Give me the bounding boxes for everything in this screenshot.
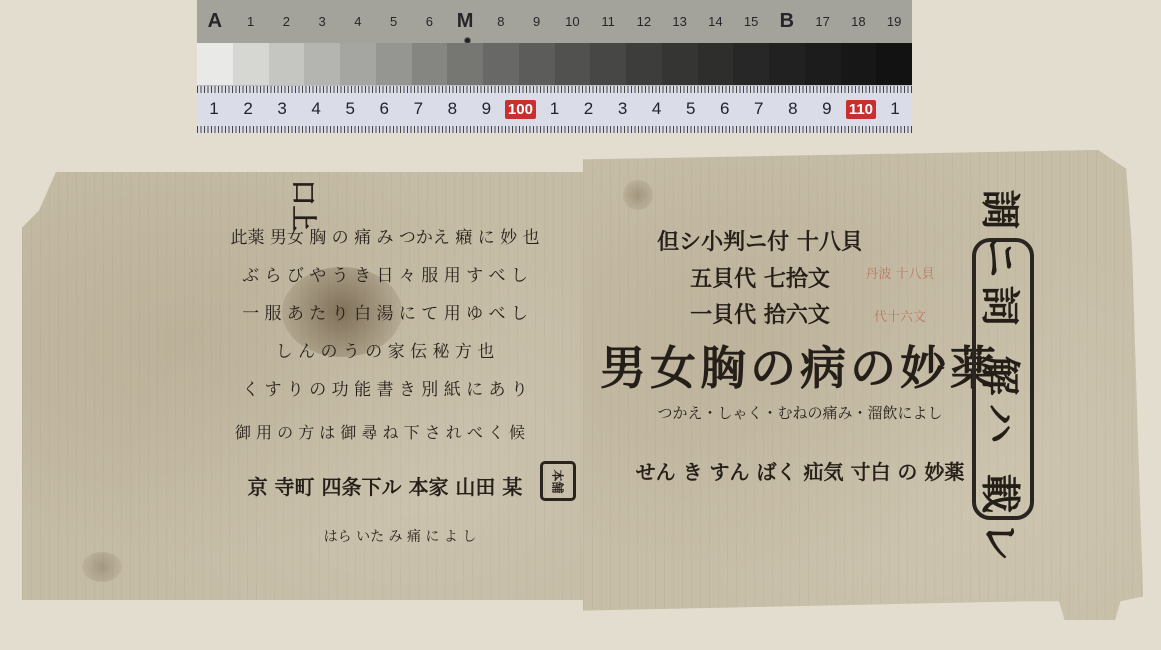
- left-body-line: く す り の 功 能 書 き 別 紙 に あ り: [210, 374, 560, 400]
- color-calibration-target: A 1 2 3 4 5 6 M 8 9 10 11 12 13 14 15 B …: [197, 0, 912, 132]
- ruler-number: 4: [299, 99, 333, 119]
- ruler-number: 1: [878, 99, 912, 119]
- patch-label: 9: [519, 14, 555, 29]
- ruler-major-label: 110: [846, 100, 876, 119]
- gray-patch: [590, 43, 626, 85]
- ruler-major-number: 110: [844, 99, 878, 119]
- footer-text: はら いた み 痛 に よ し: [324, 526, 477, 546]
- efficacy-line: せん き すん ばく 疝気 寸白 の 妙薬: [650, 455, 950, 485]
- price-line: 但シ小判ニ付 十八貝: [640, 225, 880, 255]
- colophon-text: 御 用 の 方 は 御 尋 ね 下 さ れ べ く 候: [235, 420, 525, 443]
- patch-label: 13: [662, 14, 698, 29]
- gray-patch: [519, 43, 555, 85]
- patch-label: A: [197, 10, 233, 33]
- ruler-number: 4: [640, 99, 674, 119]
- boxed-title-text: 調ニ詞 解ハ 載レ: [975, 189, 1032, 569]
- measuring-ruler: 1 2 3 4 5 6 7 8 9 100 1 2 3 4 5 6 7 8 9 …: [197, 85, 912, 133]
- gray-patch: [698, 43, 734, 85]
- gray-patch: [233, 43, 269, 85]
- patch-label: 10: [555, 14, 591, 29]
- left-body-line: ぶ ら び や う き 日 々 服 用 す べ し: [210, 260, 560, 286]
- price-text: 一貝代 拾六文: [690, 298, 830, 329]
- boxed-title: 調ニ詞 解ハ 載レ: [972, 238, 1034, 520]
- left-body-line: 御 用 の 方 は 御 尋 ね 下 さ れ べ く 候: [230, 418, 530, 444]
- patch-label: 17: [805, 14, 841, 29]
- patch-label: 14: [698, 14, 734, 29]
- patch-label: 4: [340, 14, 376, 29]
- ruler-number: 2: [572, 99, 606, 119]
- ruler-number: 5: [674, 99, 708, 119]
- price-line: 五貝代 七拾文: [640, 262, 880, 292]
- gray-patch: [412, 43, 448, 85]
- patch-label: 1: [233, 14, 269, 29]
- patch-label: 18: [841, 14, 877, 29]
- ruler-number: 3: [265, 99, 299, 119]
- ruler-number: 1: [537, 99, 571, 119]
- gray-patch: [626, 43, 662, 85]
- ruler-number: 9: [469, 99, 503, 119]
- ruler-major-number: 100: [503, 99, 537, 119]
- ruler-major-label: 100: [505, 100, 536, 119]
- ruler-number: 7: [401, 99, 435, 119]
- left-body-line: 一 服 あ た り 白 湯 に て 用 ゆ べ し: [210, 298, 560, 324]
- ruler-number: 3: [606, 99, 640, 119]
- price-text: 但シ小判ニ付 十八貝: [657, 225, 863, 256]
- patch-label: 6: [412, 14, 448, 29]
- gray-patch: [841, 43, 877, 85]
- ruler-number: 6: [708, 99, 742, 119]
- efficacy-text: つかえ・しゃく・むねの痛み・溜飲によし: [657, 402, 942, 423]
- gray-patch: [876, 43, 912, 85]
- red-stamp-line: 代十六文: [874, 306, 926, 325]
- ruler-number: 8: [776, 99, 810, 119]
- ruler-number: 1: [197, 99, 231, 119]
- efficacy-text: せん き すん ばく 疝気 寸白 の 妙薬: [636, 456, 965, 485]
- red-stamp-text: 丹波 十八貝: [860, 262, 940, 282]
- body-text: 此薬 男女 胸 の 痛 み つかえ 癪 に 妙 也: [230, 223, 539, 248]
- left-page-heading: 口上: [250, 185, 360, 225]
- main-title: 男女胸の病の妙薬: [640, 335, 960, 395]
- maker-text: 京 寺町 四条下ル 本家 山田 某: [248, 471, 523, 500]
- gray-patch: [304, 43, 340, 85]
- gray-patch: [769, 43, 805, 85]
- stain: [82, 552, 122, 582]
- price-text: 五貝代 七拾文: [690, 262, 830, 293]
- efficacy-line: つかえ・しゃく・むねの痛み・溜飲によし: [650, 400, 950, 424]
- ruler-numbers: 1 2 3 4 5 6 7 8 9 100 1 2 3 4 5 6 7 8 9 …: [197, 98, 912, 120]
- left-body-line: 此薬 男女 胸 の 痛 み つかえ 癪 に 妙 也: [210, 222, 560, 248]
- seal-text: 本舗: [549, 469, 566, 493]
- gray-patch: [662, 43, 698, 85]
- patch-label: 11: [590, 14, 626, 29]
- ruler-number: 9: [810, 99, 844, 119]
- gray-scale-patches: [197, 43, 912, 85]
- main-title-text: 男女胸の病の妙薬: [600, 332, 1000, 398]
- patch-label: 2: [269, 14, 305, 29]
- gray-patch: [376, 43, 412, 85]
- body-text: 一 服 あ た り 白 湯 に て 用 ゆ べ し: [242, 299, 528, 324]
- patch-label: 19: [876, 14, 912, 29]
- price-line: 一貝代 拾六文: [640, 298, 880, 328]
- gray-patch: [805, 43, 841, 85]
- gray-patch: [555, 43, 591, 85]
- gray-patch: [483, 43, 519, 85]
- ruler-number: 6: [367, 99, 401, 119]
- ruler-number: 5: [333, 99, 367, 119]
- gray-patch: [269, 43, 305, 85]
- patch-label: 12: [626, 14, 662, 29]
- boxed-title-text-wrap: 調ニ詞 解ハ 載レ: [976, 242, 1030, 516]
- red-stamp-text: 代十六文: [860, 305, 940, 325]
- left-body-line: し ん の う の 家 伝 秘 方 也: [210, 336, 560, 362]
- ruler-number: 8: [435, 99, 469, 119]
- stain: [623, 180, 653, 210]
- patch-label: M: [447, 10, 483, 33]
- maker-name: 京 寺町 四条下ル 本家 山田 某: [240, 470, 530, 500]
- body-text: し ん の う の 家 伝 秘 方 也: [276, 337, 495, 362]
- gray-patch-labels: A 1 2 3 4 5 6 M 8 9 10 11 12 13 14 15 B …: [197, 0, 912, 43]
- body-text: く す り の 功 能 書 き 別 紙 に あ り: [242, 375, 528, 400]
- patch-label: 5: [376, 14, 412, 29]
- patch-label: 8: [483, 14, 519, 29]
- patch-label: 15: [733, 14, 769, 29]
- maker-seal: 本舗: [540, 461, 576, 501]
- gray-patch: [197, 43, 233, 85]
- ruler-number: 7: [742, 99, 776, 119]
- gray-patch: [447, 43, 483, 85]
- red-stamp-line: 丹波 十八貝: [865, 263, 934, 282]
- patch-label: 3: [304, 14, 340, 29]
- gray-patch: [733, 43, 769, 85]
- body-text: ぶ ら び や う き 日 々 服 用 す べ し: [242, 261, 528, 286]
- left-footer-line: はら いた み 痛 に よ し: [230, 525, 570, 547]
- gray-patch: [340, 43, 376, 85]
- ruler-number: 2: [231, 99, 265, 119]
- patch-label: B: [769, 10, 805, 33]
